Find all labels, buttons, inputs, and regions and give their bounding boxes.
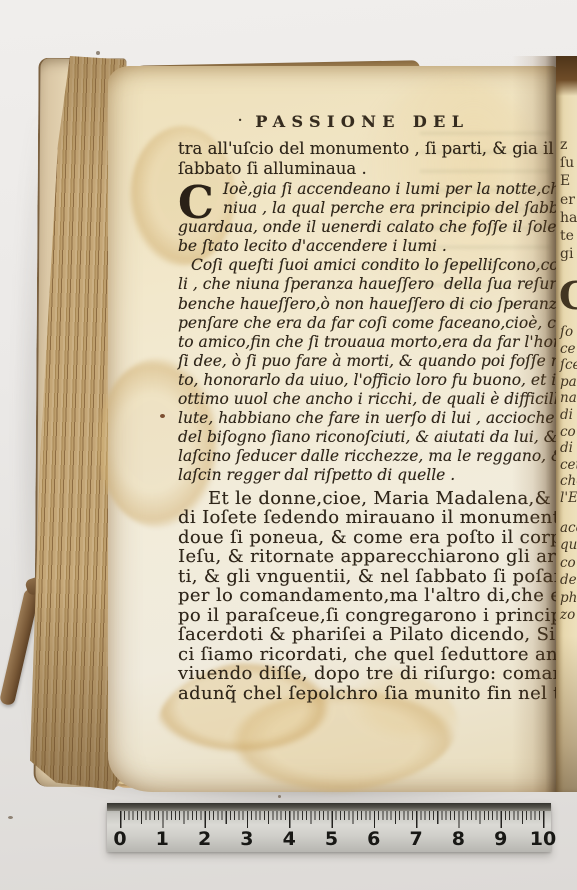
gutter-bottom-shadow [556, 636, 577, 792]
text-line: ci ſiamo ricordati, che quel ſeduttore a… [178, 645, 540, 665]
open-book-page: · PASSIONE DEL tra all'uſcio del monumen… [108, 66, 558, 792]
text-line: penſare che era da far coſi come faceano… [178, 314, 540, 333]
ruler-number: 4 [283, 828, 296, 850]
running-title: · PASSIONE DEL [238, 112, 540, 138]
text-line: di Ioſete ſedendo mirauano il monumento [178, 508, 540, 528]
text-line: Ioè,gia ſi accendeano i lumi per la nott… [178, 180, 540, 199]
paragraph-continuation: tra all'uſcio del monumento , ſi parti, … [178, 139, 540, 178]
cover-corner [556, 56, 577, 96]
photo-of-antique-book: · PASSIONE DEL tra all'uſcio del monumen… [0, 0, 577, 890]
facing-drop-cap: C [559, 276, 577, 316]
facing-page-sliver: z ſu E er ha te gi C ſo ce ſce pa na di … [556, 56, 577, 792]
ruler-number: 6 [367, 828, 380, 850]
text-line: be ſtato lecito d'accendere i lumi . [178, 237, 540, 256]
text-line: ſacerdoti & phariſei a Pilato dicendo, S… [178, 625, 540, 645]
text-column: · PASSIONE DEL tra all'uſcio del monumen… [178, 112, 540, 703]
facing-text-fragments-middle: ſo ce ſce pa na di co di cet che l'E [560, 324, 577, 507]
text-line: viuendo diſſe, dopo tre di riſurgo: coma… [178, 664, 540, 684]
ruler-number: 9 [494, 828, 507, 850]
ruler-number: 3 [240, 828, 253, 850]
text-line: to, honorarlo da uiuo, l'officio loro fu… [178, 371, 540, 390]
title-ornament: · [238, 113, 243, 127]
text-line: Coſi queſti ſuoi amici condito lo ſepell… [178, 256, 540, 275]
text-line: ſabbato ſi alluminaua . [178, 159, 540, 179]
ruler-number: 5 [325, 828, 338, 850]
ruler-number: 10 [530, 828, 556, 850]
ruler-number: 2 [198, 828, 211, 850]
text-line: guardaua, onde il uenerdi calato che foſ… [178, 218, 540, 237]
text-line: doue ſi poneua, & come era poſto il corp… [178, 528, 540, 548]
gutter-shadow [512, 56, 558, 792]
text-line: ti, & gli vnguentii, & nel ſabbato ſi po… [178, 567, 540, 587]
paragraph-roman: Et le donne,cioe, Maria Madalena,& Maria… [178, 489, 540, 704]
ruler-number: 1 [156, 828, 169, 850]
text-line: lute, habbiano che fare in uerſo di lui … [178, 409, 540, 428]
text-line: niua , la qual perche era principio del … [178, 199, 540, 218]
text-line: tra all'uſcio del monumento , ſi parti, … [178, 139, 540, 159]
ruler-number: 7 [409, 828, 422, 850]
running-title-text: PASSIONE DEL [255, 112, 469, 131]
paragraph-with-dropcap: C Ioè,gia ſi accendeano i lumi per la no… [178, 180, 540, 256]
text-line: Ieſu, & ritornate apparecchiarono gli ar… [178, 547, 540, 567]
dust-speck [278, 795, 281, 798]
text-line: laſcin regger dal riſpetto di quelle . [178, 466, 540, 485]
text-line: benche haueſſero,ò non haueſſero di cio … [178, 295, 540, 314]
text-line: li , che niuna ſperanza haueſſero della … [178, 275, 540, 294]
text-line: ottimo uuol che ancho i ricchi, de quali… [178, 390, 540, 409]
ruler-numbers: 0 1 2 3 4 5 6 7 8 9 10 [107, 803, 551, 852]
text-line: del biſogno ſiano riconoſciuti, & aiutat… [178, 428, 540, 447]
text-line: laſcino ſeducer dalle ricchezze, ma le r… [178, 447, 540, 466]
text-line: ſi dee, ò ſi puo fare à morti, & quando … [178, 352, 540, 371]
ruler-number: 0 [113, 828, 126, 850]
text-line: adunq̃ chel ſepolchro ſia munito fin nel… [178, 684, 540, 704]
text-line: Et le donne,cioe, Maria Madalena,& Maria [178, 489, 540, 509]
text-line: to amico,fin che ſi trouaua morto,era da… [178, 333, 540, 352]
facing-text-fragments-bottom: aco qu co de ph zo [560, 520, 577, 624]
fox-spot [160, 414, 165, 418]
dust-speck [8, 816, 13, 819]
text-line: po il paraſceue,ſi congregarono i princi… [178, 606, 540, 626]
text-line: per lo comandamento,ma l'altro di,che e … [178, 586, 540, 606]
ruler-number: 8 [452, 828, 465, 850]
paragraph-italic: Coſi queſti ſuoi amici condito lo ſepell… [178, 256, 540, 485]
metric-ruler: 0 1 2 3 4 5 6 7 8 9 10 [107, 803, 551, 852]
facing-text-fragments-top: z ſu E er ha te gi [560, 136, 577, 263]
dust-speck [96, 51, 100, 55]
